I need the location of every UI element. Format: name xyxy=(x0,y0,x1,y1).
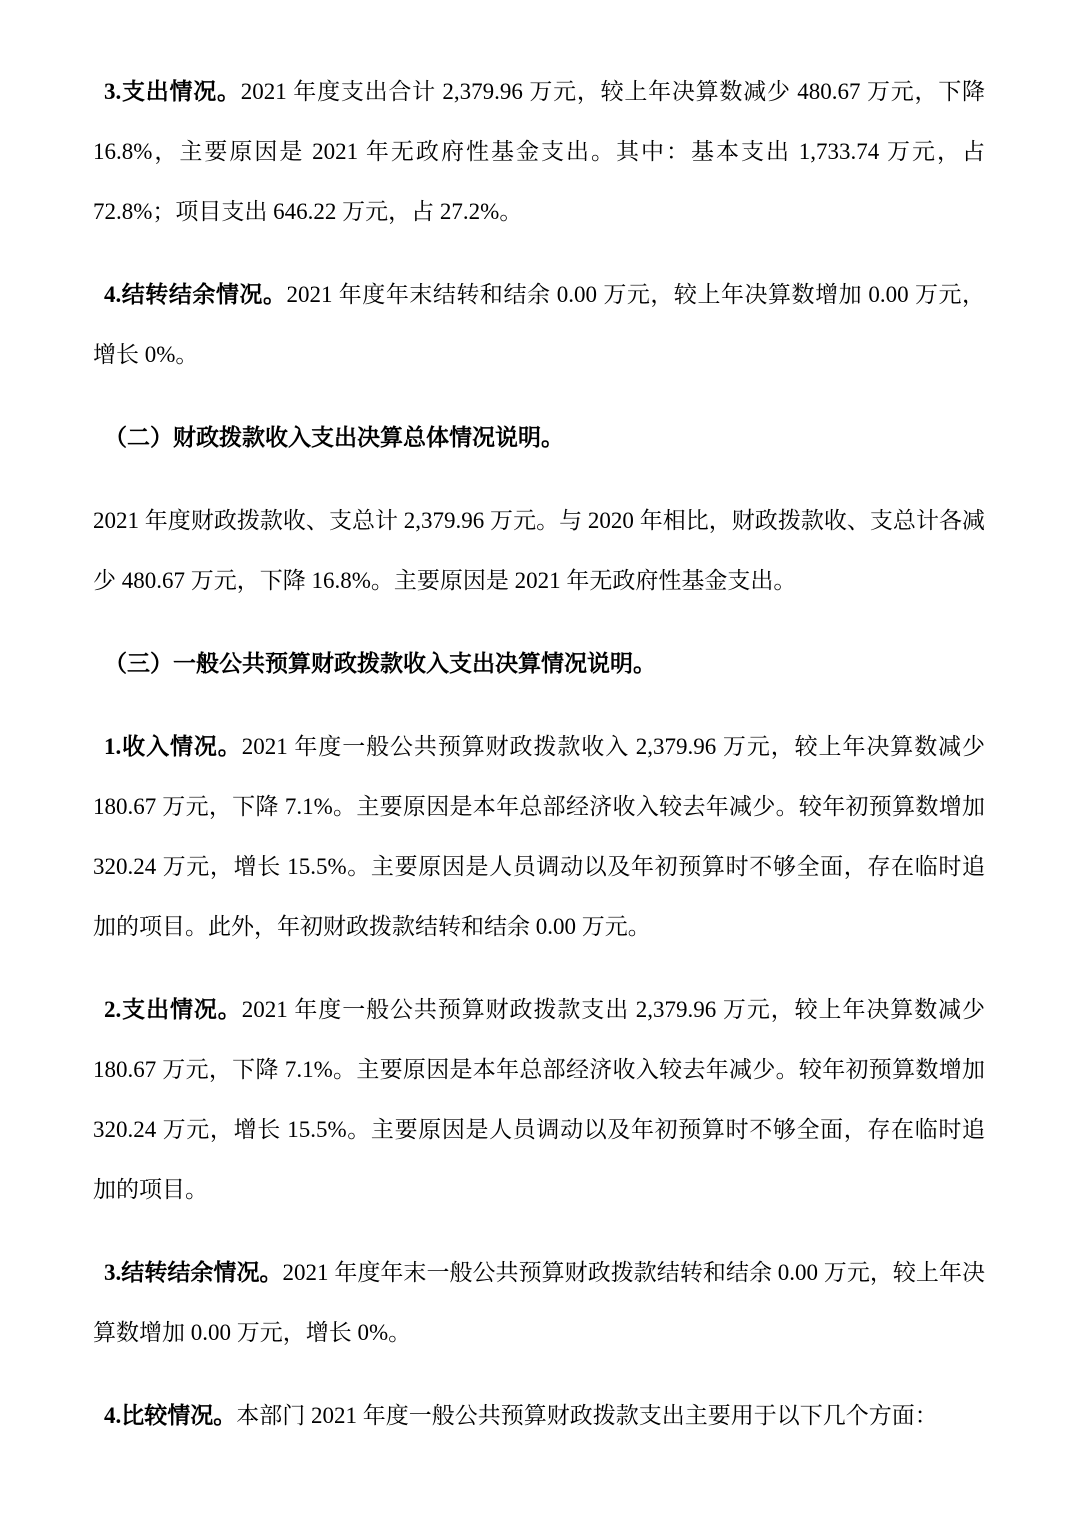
paragraph-carryover-detail: 3.结转结余情况。2021 年度年末一般公共预算财政拨款结转和结余 0.00 万… xyxy=(93,1243,985,1363)
document-page: 3.支出情况。2021 年度支出合计 2,379.96 万元，较上年决算数减少 … xyxy=(0,0,1074,1520)
paragraph-carryover-overview: 4.结转结余情况。2021 年度年末结转和结余 0.00 万元，较上年决算数增加… xyxy=(93,265,985,385)
paragraph-text: 2021 年度财政拨款收、支总计 2,379.96 万元。与 2020 年相比，… xyxy=(93,508,985,593)
paragraph-expenditure-detail: 2.支出情况。2021 年度一般公共预算财政拨款支出 2,379.96 万元，较… xyxy=(93,980,985,1220)
paragraph-comparison: 4.比较情况。本部门 2021 年度一般公共预算财政拨款支出主要用于以下几个方面… xyxy=(93,1386,985,1446)
paragraph-lead: 4.结转结余情况。 xyxy=(104,282,286,307)
paragraph-lead: 2.支出情况。 xyxy=(104,997,242,1022)
paragraph-expenditure-overview: 3.支出情况。2021 年度支出合计 2,379.96 万元，较上年决算数减少 … xyxy=(93,62,985,242)
paragraph-lead: 3.结转结余情况。 xyxy=(104,1260,283,1285)
paragraph-fiscal-appropriation-total: 2021 年度财政拨款收、支总计 2,379.96 万元。与 2020 年相比，… xyxy=(93,491,985,611)
paragraph-lead: 4.比较情况。 xyxy=(104,1403,236,1428)
paragraph-text: 2021 年度一般公共预算财政拨款支出 2,379.96 万元，较上年决算数减少… xyxy=(93,997,985,1202)
section-heading-2: （二）财政拨款收入支出决算总体情况说明。 xyxy=(93,408,985,468)
paragraph-text: 2021 年度一般公共预算财政拨款收入 2,379.96 万元，较上年决算数减少… xyxy=(93,734,985,939)
paragraph-lead: 1.收入情况。 xyxy=(104,734,242,759)
paragraph-lead: 3.支出情况。 xyxy=(104,79,241,104)
paragraph-text: 本部门 2021 年度一般公共预算财政拨款支出主要用于以下几个方面： xyxy=(236,1403,938,1428)
paragraph-income-detail: 1.收入情况。2021 年度一般公共预算财政拨款收入 2,379.96 万元，较… xyxy=(93,717,985,957)
section-heading-3: （三）一般公共预算财政拨款收入支出决算情况说明。 xyxy=(93,634,985,694)
